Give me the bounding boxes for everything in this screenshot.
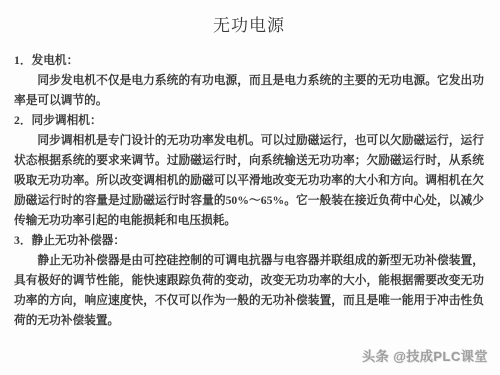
- section-synchronous-condenser: 2．同步调相机： 同步调相机是专门设计的无功功率发电机。可以过励磁运行，也可以欠…: [14, 111, 484, 231]
- document-page: 无功电源 1．发电机： 同步发电机不仅是电力系统的有功电源，而且是电力系统的主要…: [0, 0, 500, 375]
- watermark: 头条 @技成PLC课堂: [362, 346, 488, 365]
- section-paragraph: 同步发电机不仅是电力系统的有功电源，而且是电力系统的主要的无功电源。它发出功率是…: [14, 71, 484, 111]
- section-paragraph: 同步调相机是专门设计的无功功率发电机。可以过励磁运行，也可以欠励磁运行，运行状态…: [14, 131, 484, 231]
- section-static-var-compensator: 3．静止无功补偿器： 静止无功补偿器是由可控硅控制的可调电抗器与电容器并联组成的…: [14, 231, 484, 331]
- section-heading: 2．同步调相机：: [14, 111, 484, 131]
- document-content: 1．发电机： 同步发电机不仅是电力系统的有功电源，而且是电力系统的主要的无功电源…: [14, 51, 484, 331]
- section-heading: 1．发电机：: [14, 51, 484, 71]
- section-paragraph: 静止无功补偿器是由可控硅控制的可调电抗器与电容器并联组成的新型无功补偿装置，具有…: [14, 251, 484, 331]
- section-generator: 1．发电机： 同步发电机不仅是电力系统的有功电源，而且是电力系统的主要的无功电源…: [14, 51, 484, 111]
- section-heading: 3．静止无功补偿器：: [14, 231, 484, 251]
- page-title: 无功电源: [14, 13, 484, 38]
